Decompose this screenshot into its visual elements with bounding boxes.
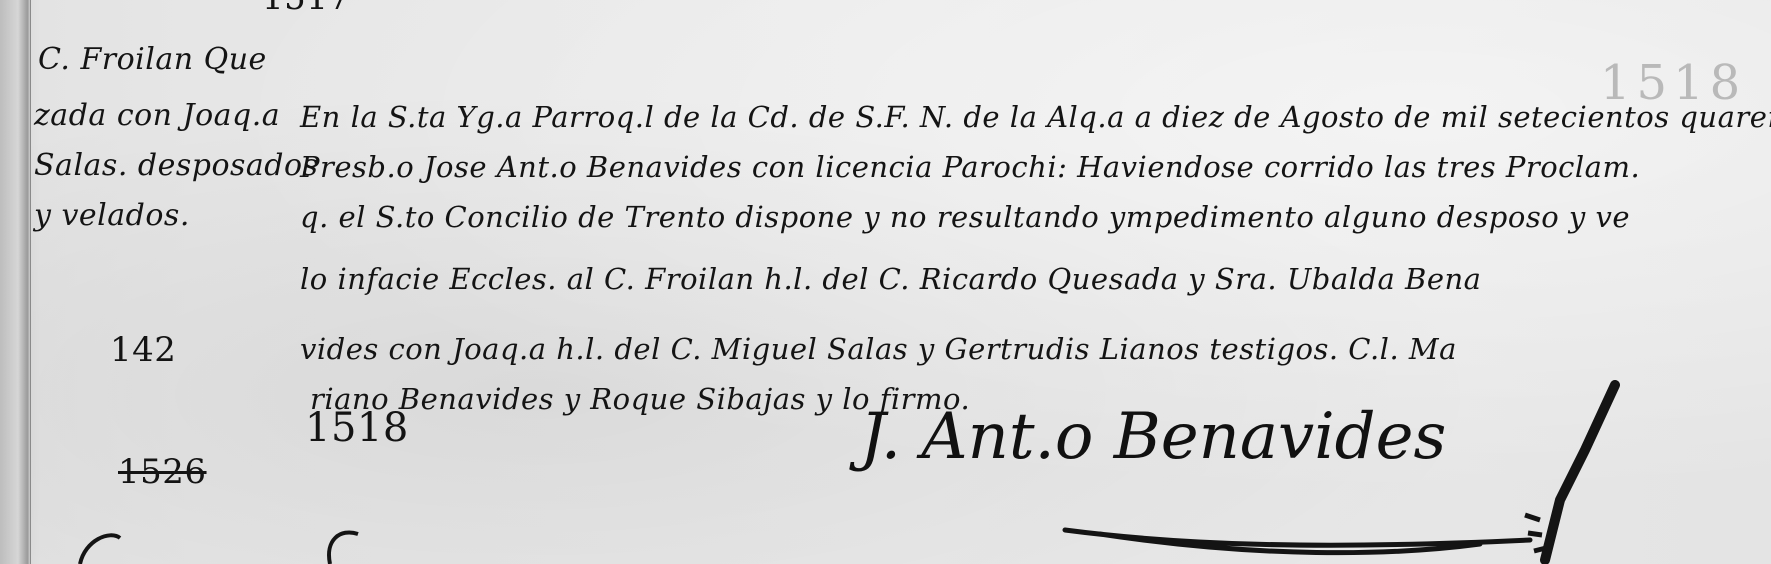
- header-number-fragment: 1517: [262, 0, 351, 18]
- body-line-5: vides con Joaq.a h.l. del C. Miguel Sala…: [300, 332, 1457, 366]
- margin-line-2: zada con Joaq.a: [34, 98, 280, 133]
- signature-flourish: [1060, 520, 1540, 560]
- rubric-stroke: [1490, 380, 1630, 564]
- body-line-4: lo infacie Eccles. al C. Froilan h.l. de…: [300, 262, 1481, 296]
- body-line-3: q. el S.to Concilio de Trento dispone y …: [300, 200, 1630, 234]
- entry-number: 142: [110, 330, 176, 370]
- body-line-2: Presb.o Jose Ant.o Benavides con licenci…: [300, 150, 1640, 184]
- body-line-1: En la S.ta Yg.a Parroq.l de la Cd. de S.…: [300, 100, 1771, 134]
- margin-line-1: C. Froilan Que: [38, 42, 267, 77]
- manuscript-page: 1517 1518 C. Froilan Que zada con Joaq.a…: [0, 0, 1771, 564]
- margin-line-4: y velados.: [34, 198, 190, 233]
- binding-edge: [0, 0, 31, 564]
- struck-number: 1526: [118, 452, 207, 492]
- margin-line-3: Salas. desposados: [34, 148, 318, 183]
- next-entry-fragment: [40, 520, 360, 564]
- signature: J. Ant.o Benavides: [860, 400, 1446, 474]
